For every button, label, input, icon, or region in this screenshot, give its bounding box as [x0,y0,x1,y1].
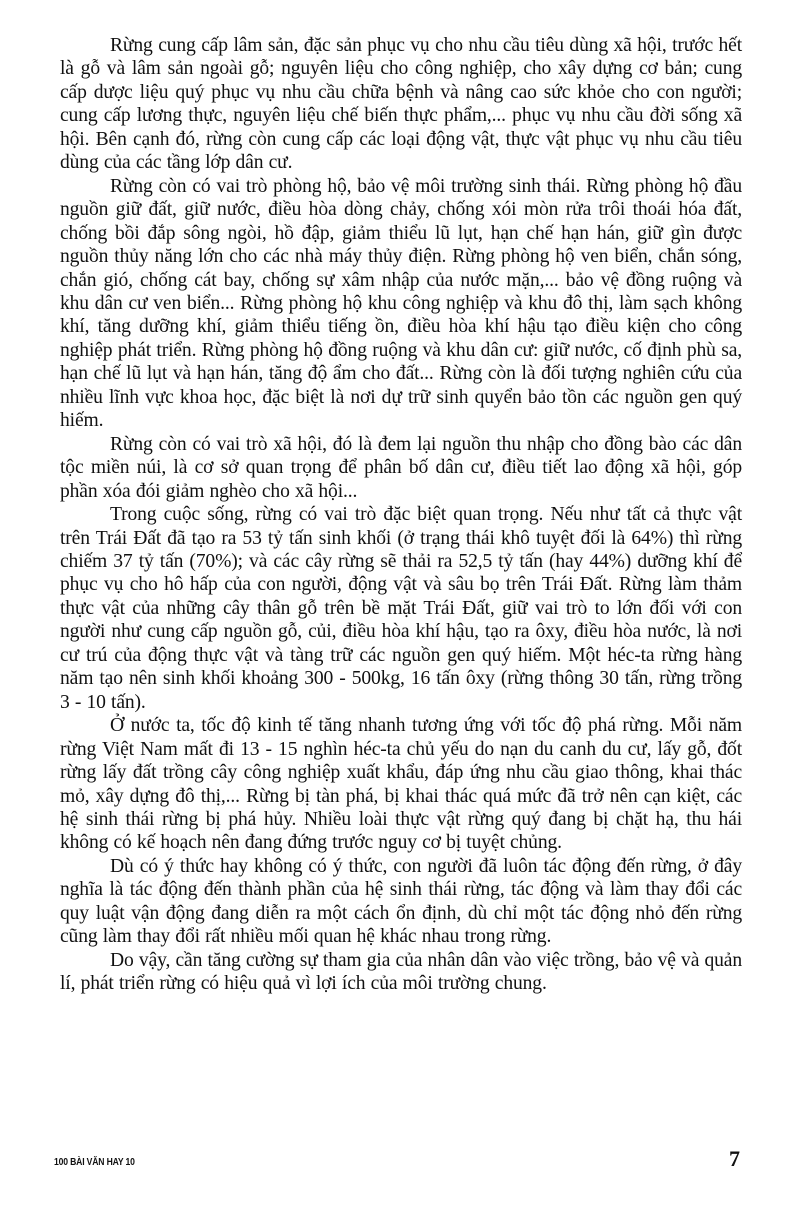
page-footer: 100 BÀI VĂN HAY 10 7 [54,1150,740,1174]
paragraph-deforestation-vietnam: Ở nước ta, tốc độ kinh tế tăng nhanh tươ… [60,714,742,855]
book-title: 100 BÀI VĂN HAY 10 [54,1156,135,1168]
paragraph-protection-role: Rừng còn có vai trò phòng hộ, bảo vệ môi… [60,175,742,433]
page-body: Rừng cung cấp lâm sản, đặc sản phục vụ c… [60,34,742,996]
paragraph-forest-products: Rừng cung cấp lâm sản, đặc sản phục vụ c… [60,34,742,175]
paragraph-biomass-statistics: Trong cuộc sống, rừng có vai trò đặc biệ… [60,503,742,714]
paragraph-social-role: Rừng còn có vai trò xã hội, đó là đem lạ… [60,433,742,503]
paragraph-human-impact: Dù có ý thức hay không có ý thức, con ng… [60,855,742,949]
page-number: 7 [729,1146,740,1172]
paragraph-conclusion: Do vậy, cần tăng cường sự tham gia của n… [60,949,742,996]
